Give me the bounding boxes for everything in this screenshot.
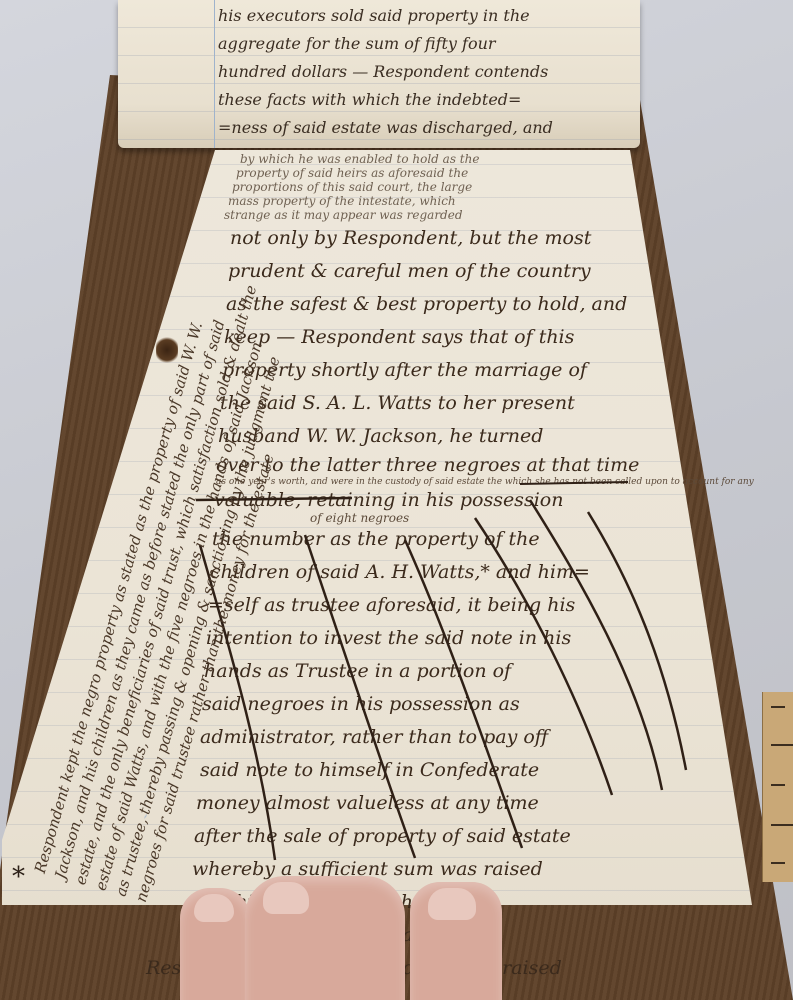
fingernail [428,888,476,920]
fingernail [263,882,309,914]
finger [410,882,502,1000]
asterisk-marker: * [12,862,25,892]
fingernail [194,894,234,922]
finger [245,876,405,1000]
ink-blot [156,335,178,365]
finger [180,888,250,1000]
